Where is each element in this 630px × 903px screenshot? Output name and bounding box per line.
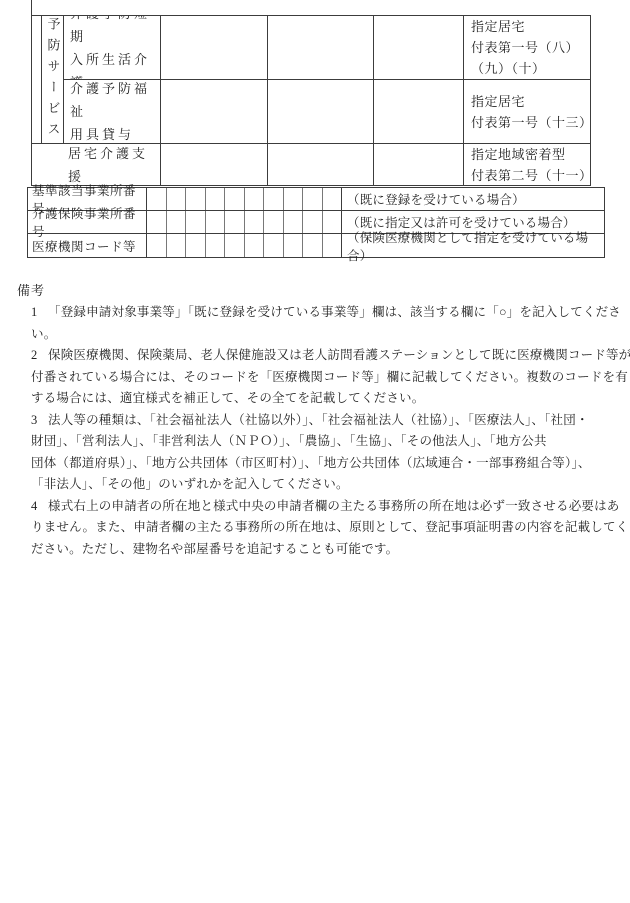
note-line: 1「登録申請対象事業等」「既に登録を受けている事業等」欄は、該当する欄に「○」を… bbox=[31, 302, 617, 324]
digit-cell[interactable] bbox=[225, 188, 245, 210]
services-table: 予防サービス 介護予防短期 入所生活介護 指定居宅 付表第一号（八） （九）（十… bbox=[31, 15, 591, 186]
row-note: （既に登録を受けている場合） bbox=[342, 188, 604, 210]
service-line: 用具貸与 bbox=[70, 123, 160, 144]
entry-cell[interactable] bbox=[161, 80, 268, 144]
entry-cell[interactable] bbox=[374, 80, 464, 144]
digit-cell[interactable] bbox=[206, 188, 226, 210]
digit-cell[interactable] bbox=[167, 234, 187, 257]
note-item: 1「登録申請対象事業等」「既に登録を受けている事業等」欄は、該当する欄に「○」を… bbox=[17, 302, 617, 345]
table-row-medical-institution-code: 医療機関コード等 （保険医療機関として指定を受けている場合） bbox=[28, 234, 604, 257]
numbers-table: 基準該当事業所番号 （既に登録を受けている場合） 介護保険事業所番号 （既に指定… bbox=[27, 187, 605, 258]
remarks-heading: 備考 bbox=[17, 281, 617, 300]
note-number: 2 bbox=[31, 345, 48, 367]
ref-line: 指定居宅 bbox=[471, 16, 590, 37]
ref-line: 指定地域密着型 bbox=[471, 144, 590, 165]
note-line: 付番されている場合には、そのコードを「医療機関コード等」欄に記載してください。複… bbox=[31, 367, 617, 389]
ref-cell-home-care-support: 指定地域密着型 付表第二号（十一） bbox=[464, 144, 591, 186]
service-line: 居宅介護支援 bbox=[68, 144, 160, 186]
note-number: 4 bbox=[31, 496, 48, 518]
note-line: 団体（都道府県）」、「地方公共団体（市区町村）」、「地方公共団体（広域連合・一部… bbox=[31, 453, 617, 475]
digit-cell[interactable] bbox=[323, 234, 343, 257]
service-cell-home-care-support: 居宅介護支援 bbox=[32, 144, 161, 186]
entry-cell[interactable] bbox=[268, 80, 374, 144]
digit-cell[interactable] bbox=[284, 211, 304, 233]
note-item: 4様式右上の申請者の所在地と様式中央の申請者欄の主たる事務所の所在地は必ず一致さ… bbox=[17, 496, 617, 561]
ref-line: 指定居宅 bbox=[471, 91, 590, 112]
digit-cell[interactable] bbox=[167, 211, 187, 233]
entry-cell[interactable] bbox=[374, 144, 464, 186]
digit-cell[interactable] bbox=[206, 234, 226, 257]
row-label: 医療機関コード等 bbox=[28, 234, 147, 257]
digit-cell[interactable] bbox=[186, 211, 206, 233]
entry-cell[interactable] bbox=[268, 144, 374, 186]
note-line: ださい。ただし、建物名や部屋番号を追記することも可能です。 bbox=[31, 539, 617, 561]
digit-cell[interactable] bbox=[284, 188, 304, 210]
note-line: 4様式右上の申請者の所在地と様式中央の申請者欄の主たる事務所の所在地は必ず一致さ… bbox=[31, 496, 617, 518]
note-item: 2保険医療機関、保険薬局、老人保健施設又は老人訪問看護ステーションとして既に医療… bbox=[17, 345, 617, 410]
note-item: 3法人等の種類は、「社会福祉法人（社協以外）」、「社会福祉法人（社協）」、「医療… bbox=[17, 410, 617, 496]
remarks-list: 1「登録申請対象事業等」「既に登録を受けている事業等」欄は、該当する欄に「○」を… bbox=[17, 302, 617, 560]
digit-cell[interactable] bbox=[303, 234, 323, 257]
digit-cell[interactable] bbox=[264, 234, 284, 257]
digit-cell[interactable] bbox=[245, 234, 265, 257]
remarks-section: 備考 1「登録申請対象事業等」「既に登録を受けている事業等」欄は、該当する欄に「… bbox=[17, 281, 617, 560]
digit-cell[interactable] bbox=[303, 211, 323, 233]
ref-cell-short-stay: 指定居宅 付表第一号（八） （九）（十） bbox=[464, 16, 591, 80]
service-line: 介護予防短期 bbox=[70, 16, 160, 48]
digit-cell[interactable] bbox=[303, 188, 323, 210]
digit-cell[interactable] bbox=[225, 234, 245, 257]
digit-cell[interactable] bbox=[284, 234, 304, 257]
ref-line: 付表第一号（八） bbox=[471, 37, 590, 58]
digit-cell[interactable] bbox=[225, 211, 245, 233]
digit-cell[interactable] bbox=[323, 188, 343, 210]
service-cell-equipment-rental: 介護予防福祉 用具貸与 bbox=[64, 80, 161, 144]
entry-cell[interactable] bbox=[268, 16, 374, 80]
prevention-services-group-cell: 予防サービス bbox=[42, 16, 64, 144]
service-line: 入所生活介護 bbox=[70, 48, 160, 81]
ref-line: 付表第一号（十三） bbox=[471, 112, 590, 133]
entry-cell[interactable] bbox=[161, 144, 268, 186]
ref-cell-equipment-rental: 指定居宅 付表第一号（十三） bbox=[464, 80, 591, 144]
note-line: 「非法人」、「その他」のいずれかを記入してください。 bbox=[31, 474, 617, 496]
digit-cell[interactable] bbox=[186, 188, 206, 210]
ref-line: 付表第二号（十一） bbox=[471, 165, 590, 186]
narrow-spacer-cell bbox=[32, 16, 42, 144]
note-line: い。 bbox=[31, 324, 617, 346]
row-label: 介護保険事業所番号 bbox=[28, 211, 147, 233]
digit-cell[interactable] bbox=[206, 211, 226, 233]
ref-line: （九）（十） bbox=[471, 58, 590, 79]
digit-cell[interactable] bbox=[147, 234, 167, 257]
note-line: りません。また、申請者欄の主たる事務所の所在地は、原則として、登記事項証明書の内… bbox=[31, 517, 617, 539]
service-cell-short-stay: 介護予防短期 入所生活介護 bbox=[64, 16, 161, 80]
digit-cell[interactable] bbox=[245, 188, 265, 210]
note-number: 1 bbox=[31, 302, 48, 324]
note-line: 財団」、「営利法人」、「非営利法人（ＮＰＯ）」、「農協」、「生協」、「その他法人… bbox=[31, 431, 617, 453]
entry-cell[interactable] bbox=[161, 16, 268, 80]
note-line: する場合には、適宜様式を補正して、その全てを記載してください。 bbox=[31, 388, 617, 410]
digit-cell[interactable] bbox=[245, 211, 265, 233]
digit-cell[interactable] bbox=[264, 211, 284, 233]
digit-cell[interactable] bbox=[147, 188, 167, 210]
row-note: （保険医療機関として指定を受けている場合） bbox=[342, 234, 604, 257]
entry-cell[interactable] bbox=[374, 16, 464, 80]
digit-cell[interactable] bbox=[323, 211, 343, 233]
digit-cell[interactable] bbox=[186, 234, 206, 257]
form-page: 予防サービス 介護予防短期 入所生活介護 指定居宅 付表第一号（八） （九）（十… bbox=[0, 0, 630, 903]
note-number: 3 bbox=[31, 410, 48, 432]
service-line: 介護予防福祉 bbox=[70, 80, 160, 123]
digit-cell[interactable] bbox=[147, 211, 167, 233]
digit-cell[interactable] bbox=[167, 188, 187, 210]
note-line: 3法人等の種類は、「社会福祉法人（社協以外）」、「社会福祉法人（社協）」、「医療… bbox=[31, 410, 617, 432]
note-line: 2保険医療機関、保険薬局、老人保健施設又は老人訪問看護ステーションとして既に医療… bbox=[31, 345, 617, 367]
prevention-services-label: 予防サービス bbox=[42, 17, 64, 143]
table-continuation-line bbox=[31, 0, 32, 15]
digit-cell[interactable] bbox=[264, 188, 284, 210]
